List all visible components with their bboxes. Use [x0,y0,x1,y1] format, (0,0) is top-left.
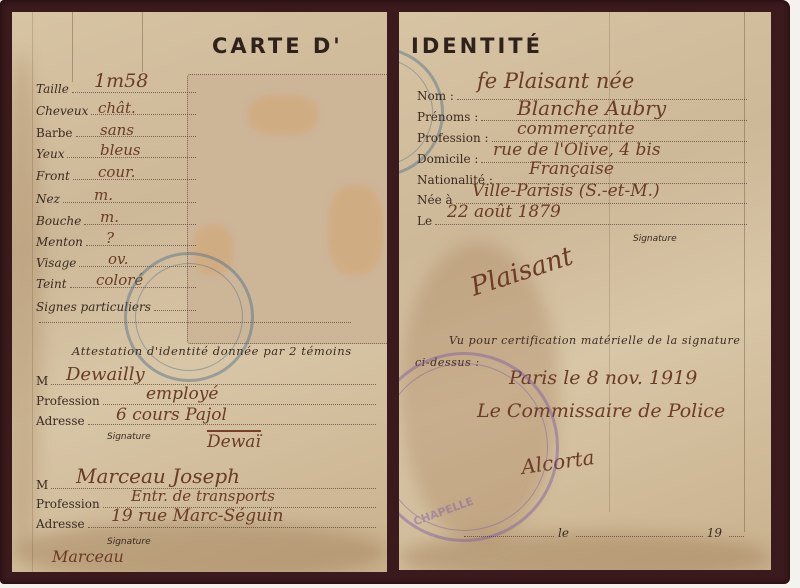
field-yeux: Yeux bleus [36,147,196,161]
certification-text: Vu pour certification matérielle de la s… [449,334,740,347]
police-stamp-blue [124,252,254,382]
value-nom: fe Plaisant née [477,69,634,93]
attestation-heading: Attestation d'identité donnée par 2 témo… [72,344,352,358]
card-title-right: IDENTITÉ [411,34,543,58]
witness-1-signature-label: Signature [107,432,151,442]
holder-signature-label: Signature [633,234,677,244]
witness-1-signature: Dewaï [207,430,261,452]
field-menton: Menton ? [36,235,196,249]
value-taille: 1m58 [94,70,148,92]
field-bouche: Bouche m. [36,214,196,228]
card-title-left: CARTE D' [212,34,343,58]
field-nez: Nez m. [36,192,196,206]
right-page: IDENTITÉ Nom : fe Plaisant née Prénoms :… [399,12,771,570]
field-barbe: Barbe sans [36,126,196,140]
witness-2-name: Marceau Joseph [76,464,240,488]
witness-1-adresse-field: Adresse 6 cours Pajol [36,414,376,428]
left-page: CARTE D' Taille 1m58 Cheveux chât. Barbe… [12,12,387,572]
field-taille: Taille 1m58 [36,82,196,96]
field-cheveux: Cheveux chât. [36,104,196,118]
value-prenoms: Blanche Aubry [517,96,666,120]
field-front: Front cour. [36,169,196,183]
footer-date-field: le 19 [464,526,744,540]
witness-2-signature: Marceau [52,547,124,566]
witness-2-adresse-field: Adresse 19 rue Marc-Séguin [36,517,376,531]
witness-2-signature-label: Signature [107,537,151,547]
field-le: Le 22 août 1879 [417,214,747,228]
witness-1-name: Dewailly [66,364,145,385]
